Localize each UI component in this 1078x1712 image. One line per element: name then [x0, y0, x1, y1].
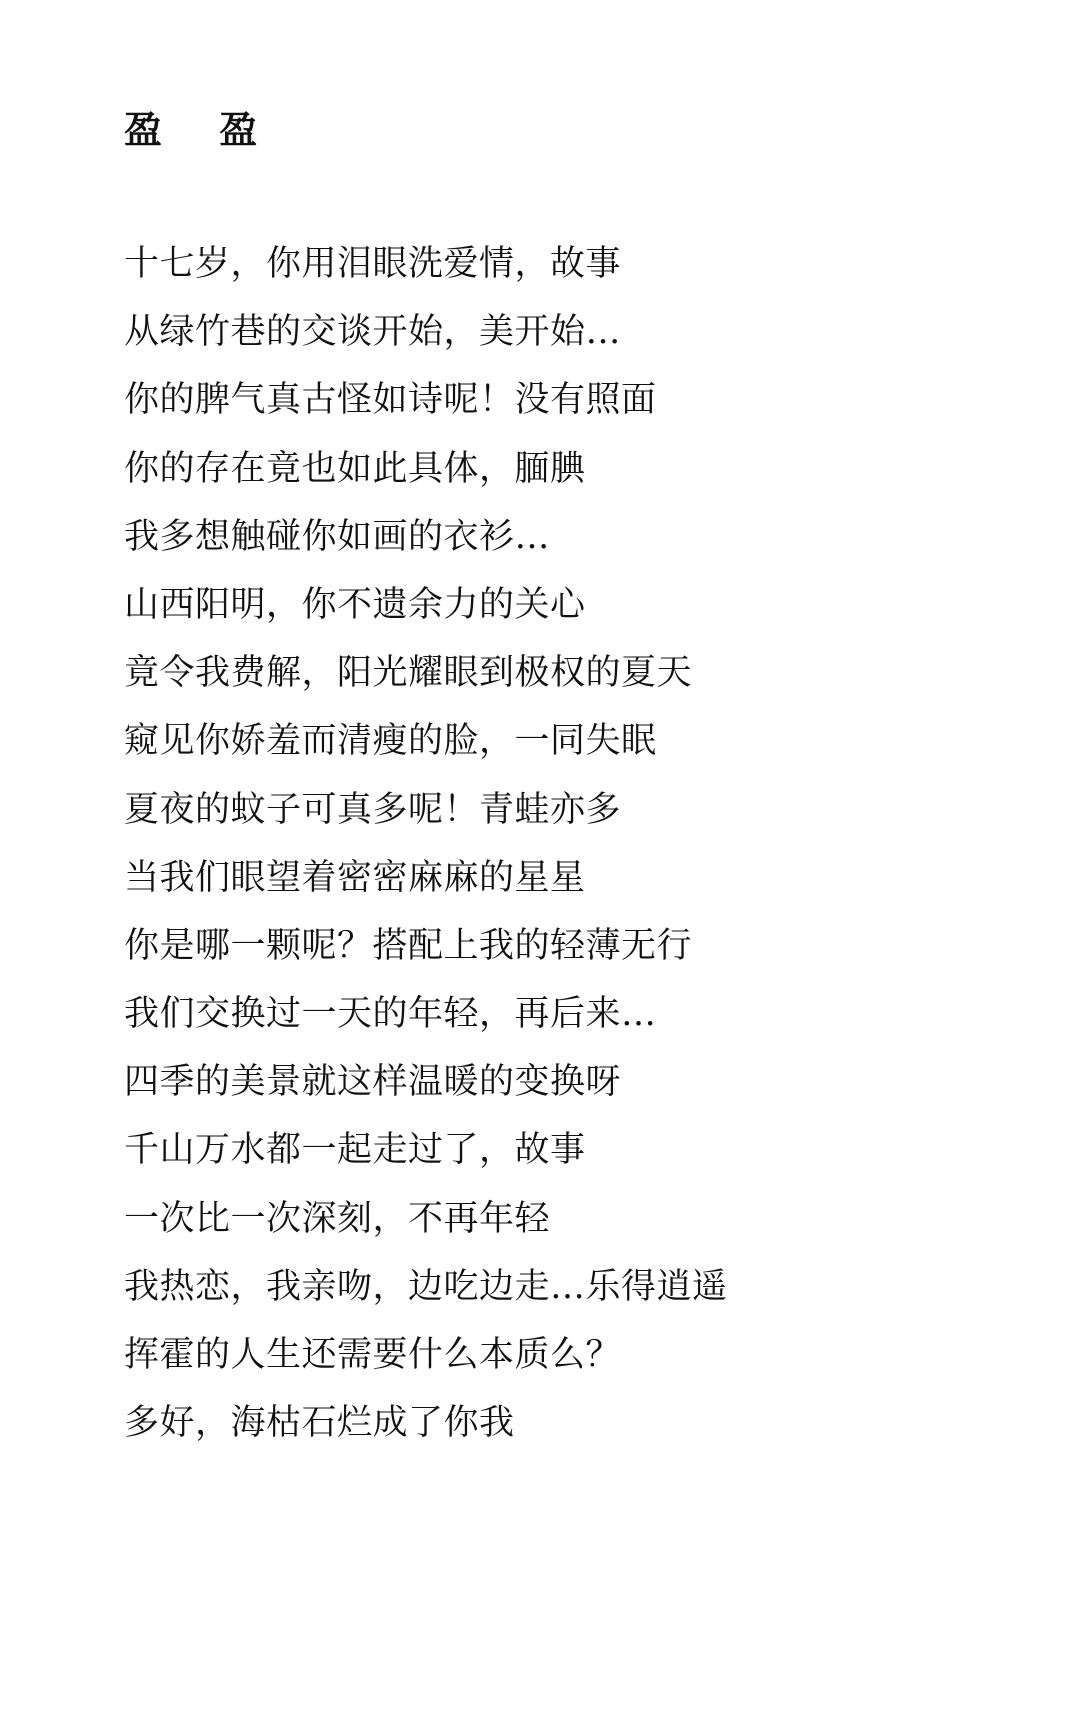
poem-line: 四季的美景就这样温暖的变换呀 — [124, 1048, 728, 1116]
poem-title: 盈 盈 — [124, 104, 279, 156]
poem-body: 十七岁，你用泪眼洗爱情，故事 从绿竹巷的交谈开始，美开始… 你的脾气真古怪如诗呢… — [124, 230, 728, 1457]
poem-line: 多好，海枯石烂成了你我 — [124, 1389, 728, 1457]
poem-line: 当我们眼望着密密麻麻的星星 — [124, 844, 728, 912]
poem-line: 从绿竹巷的交谈开始，美开始… — [124, 298, 728, 366]
poem-line: 我热恋，我亲吻，边吃边走…乐得逍遥 — [124, 1253, 728, 1321]
poem-line: 十七岁，你用泪眼洗爱情，故事 — [124, 230, 728, 298]
poem-line: 山西阳明，你不遗余力的关心 — [124, 571, 728, 639]
poem-line: 竟令我费解，阳光耀眼到极权的夏天 — [124, 639, 728, 707]
poem-line: 千山万水都一起走过了，故事 — [124, 1116, 728, 1184]
poem-line: 我们交换过一天的年轻，再后来… — [124, 980, 728, 1048]
poem-line: 你是哪一颗呢？搭配上我的轻薄无行 — [124, 912, 728, 980]
poem-line: 夏夜的蚊子可真多呢！青蛙亦多 — [124, 776, 728, 844]
poem-line: 你的存在竟也如此具体，腼腆 — [124, 435, 728, 503]
poem-line: 窥见你娇羞而清瘦的脸，一同失眠 — [124, 707, 728, 775]
poem-line: 我多想触碰你如画的衣衫… — [124, 503, 728, 571]
poem-line: 一次比一次深刻，不再年轻 — [124, 1185, 728, 1253]
poem-line: 你的脾气真古怪如诗呢！没有照面 — [124, 366, 728, 434]
document-page: 盈 盈 十七岁，你用泪眼洗爱情，故事 从绿竹巷的交谈开始，美开始… 你的脾气真古… — [0, 0, 1078, 1712]
poem-line: 挥霍的人生还需要什么本质么？ — [124, 1321, 728, 1389]
